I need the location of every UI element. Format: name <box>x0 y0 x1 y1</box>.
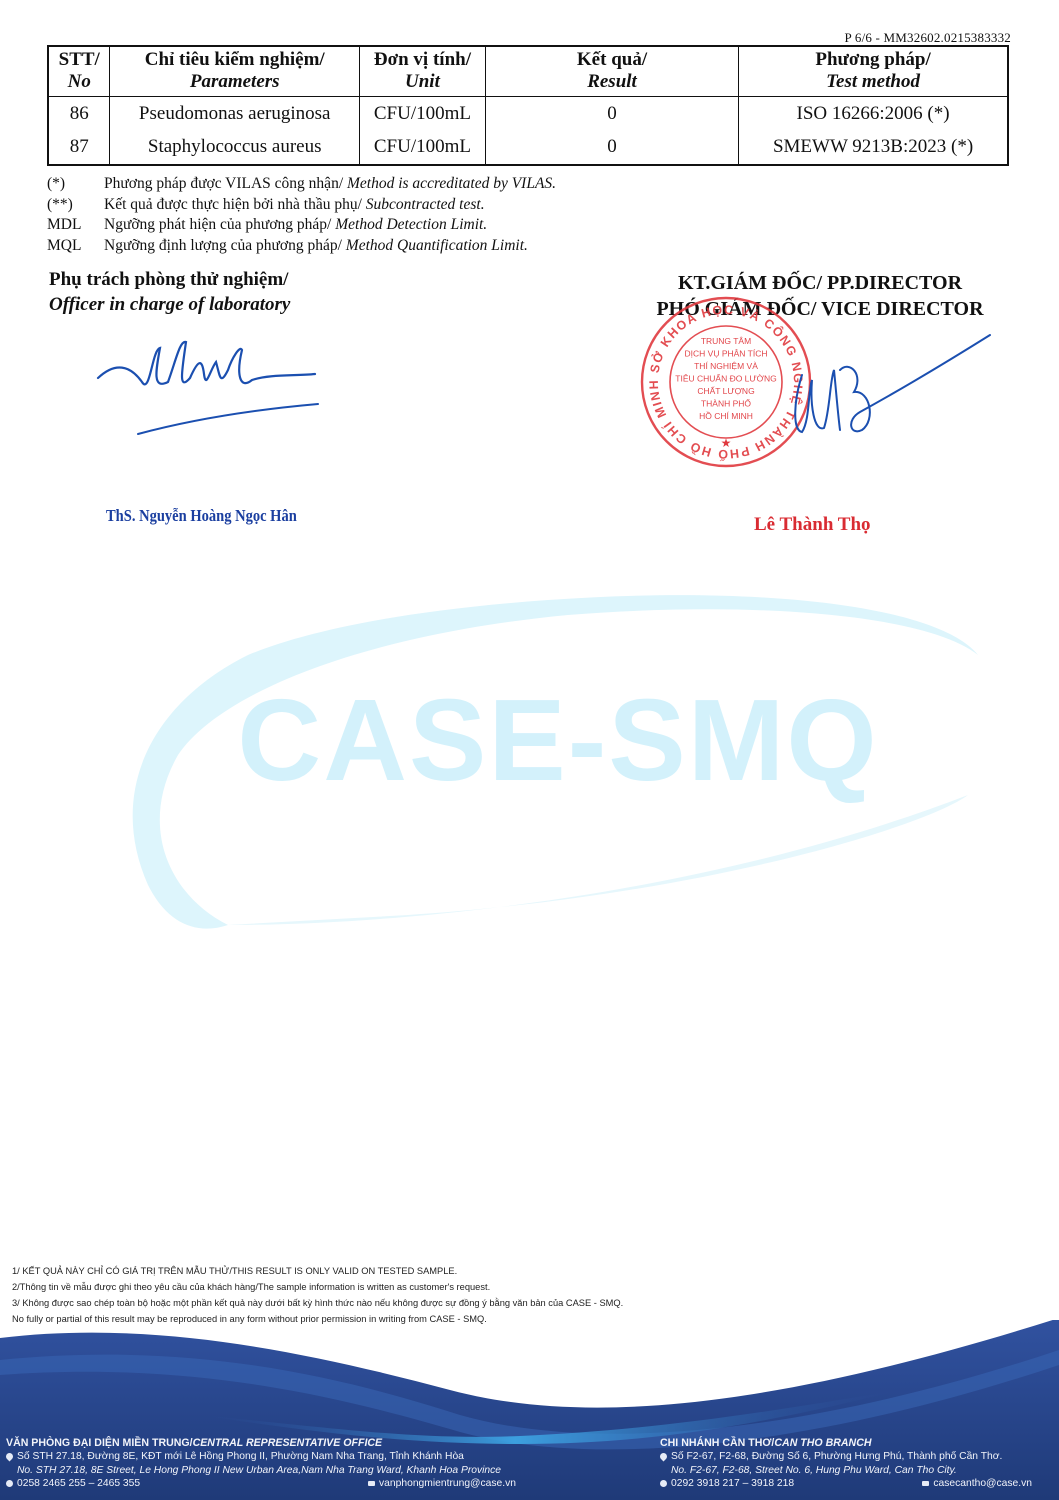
disclaimers: 1/ KẾT QUẢ NÀY CHỈ CÓ GIÁ TRỊ TRÊN MẪU T… <box>12 1263 623 1327</box>
note-en: Subcontracted test. <box>366 196 485 213</box>
phone-text: 0292 3918 217 – 3918 218 <box>671 1478 794 1489</box>
header-unit-en: Unit <box>364 71 481 93</box>
table-notes: (*)Phương pháp được VILAS công nhận/ Met… <box>47 174 556 256</box>
disclaimer-line: 3/ Không được sao chép toàn bộ hoặc một … <box>12 1295 623 1311</box>
lab-officer-title-en: Officer in charge of laboratory <box>49 292 290 317</box>
note-key: MQL <box>47 236 104 257</box>
branch-contacts: 0292 3918 217 – 3918 218 casecantho@case… <box>660 1477 1032 1490</box>
case-smq-watermark: CASE-SMQ <box>108 595 988 935</box>
stamp-center-line: CHẤT LƯỢNG <box>697 386 754 396</box>
branch-email[interactable]: casecantho@case.vn <box>922 1477 1032 1490</box>
header-no: STT/No <box>48 46 110 97</box>
address-vi-text: Số STH 27.18, Đường 8E, KĐT mới Lê Hồng … <box>17 1451 464 1462</box>
cell-no: 87 <box>48 131 110 165</box>
table-row: 87 Staphylococcus aureus CFU/100mL 0 SME… <box>48 131 1008 165</box>
branch-address-en: No. F2-67, F2-68, Street No. 6, Hung Phu… <box>660 1464 1032 1477</box>
header-no-vi: STT/ <box>59 49 100 70</box>
lab-officer-title: Phụ trách phòng thử nghiệm/ Officer in c… <box>49 267 290 317</box>
note-text: Ngưỡng định lượng của phương pháp/ Metho… <box>104 236 528 257</box>
cell-method: SMEWW 9213B:2023 (*) <box>739 131 1008 165</box>
header-unit: Đơn vị tính/Unit <box>359 46 485 97</box>
director-signature <box>780 320 1000 450</box>
note-text: Ngưỡng phát hiện của phương pháp/ Method… <box>104 215 487 236</box>
branch-title-en: CAN THO BRANCH <box>774 1437 871 1449</box>
note-key: (*) <box>47 174 104 195</box>
stamp-center-text: TRUNG TÂMDỊCH VỤ PHÂN TÍCHTHÍ NGHIỆM VÀT… <box>675 336 776 421</box>
cell-parameter: Staphylococcus aureus <box>110 131 360 165</box>
stamp-star-icon: ★ <box>721 436 732 450</box>
lab-officer-signature <box>90 330 330 450</box>
stamp-center-line: THÍ NGHIỆM VÀ <box>694 361 758 371</box>
central-office-info: VĂN PHÒNG ĐẠI DIỆN MIỀN TRUNG/CENTRAL RE… <box>6 1437 516 1490</box>
lab-officer-name: ThS. Nguyễn Hoàng Ngọc Hân <box>106 506 297 526</box>
note-key: (**) <box>47 195 104 216</box>
note-subcontracted: (**) Kết quả được thực hiện bởi nhà thầu… <box>47 195 556 216</box>
header-parameters: Chỉ tiêu kiểm nghiệm/Parameters <box>110 46 360 97</box>
cell-no: 86 <box>48 97 110 131</box>
note-en: Method Detection Limit. <box>335 216 487 233</box>
email-text[interactable]: casecantho@case.vn <box>933 1478 1032 1489</box>
header-result-en: Result <box>490 71 734 93</box>
disclaimer-line: 1/ KẾT QUẢ NÀY CHỈ CÓ GIÁ TRỊ TRÊN MẪU T… <box>12 1263 623 1279</box>
stamp-center-line: THÀNH PHỐ <box>701 398 751 409</box>
results-table: STT/No Chỉ tiêu kiểm nghiệm/Parameters Đ… <box>47 45 1009 166</box>
director-name: Lê Thành Thọ <box>754 514 871 536</box>
table-row: 86 Pseudomonas aeruginosa CFU/100mL 0 IS… <box>48 97 1008 131</box>
note-mdl: MDLNgưỡng phát hiện của phương pháp/ Met… <box>47 215 556 236</box>
note-vi: Phương pháp được VILAS công nhận/ <box>104 175 347 192</box>
page-reference: P 6/6 - MM32602.0215383332 <box>844 30 1011 46</box>
location-pin-icon <box>659 1452 669 1462</box>
location-pin-icon <box>5 1452 15 1462</box>
watermark-text: CASE-SMQ <box>237 675 878 805</box>
header-result: Kết quả/Result <box>485 46 738 97</box>
note-vi: Kết quả được thực hiện bởi nhà thầu phụ/ <box>104 196 366 213</box>
header-result-vi: Kết quả/ <box>577 49 647 70</box>
cell-unit: CFU/100mL <box>359 97 485 131</box>
header-test-method: Phương pháp/Test method <box>739 46 1008 97</box>
central-office-title-vi: VĂN PHÒNG ĐẠI DIỆN MIỀN TRUNG/ <box>6 1437 193 1449</box>
header-unit-vi: Đơn vị tính/ <box>374 49 471 70</box>
header-method-vi: Phương pháp/ <box>815 49 930 70</box>
note-vi: Ngưỡng định lượng của phương pháp/ <box>104 237 346 254</box>
branch-address-vi: Số F2-67, F2-68, Đường Số 6, Phường Hưng… <box>660 1450 1032 1463</box>
cell-unit: CFU/100mL <box>359 131 485 165</box>
cell-result: 0 <box>485 97 738 131</box>
central-office-title: VĂN PHÒNG ĐẠI DIỆN MIỀN TRUNG/CENTRAL RE… <box>6 1437 516 1450</box>
note-key: MDL <box>47 215 104 236</box>
note-accredited: (*)Phương pháp được VILAS công nhận/ Met… <box>47 174 556 195</box>
disclaimer-line: 2/Thông tin về mẫu được ghi theo yêu cầu… <box>12 1279 623 1295</box>
lab-officer-title-vi: Phụ trách phòng thử nghiệm/ <box>49 269 288 290</box>
can-tho-branch-info: CHI NHÁNH CẦN THƠ/CAN THO BRANCH Số F2-6… <box>660 1437 1032 1490</box>
stamp-center-line: DỊCH VỤ PHÂN TÍCH <box>685 349 768 359</box>
branch-title-vi: CHI NHÁNH CẦN THƠ/ <box>660 1437 774 1449</box>
branch-title: CHI NHÁNH CẦN THƠ/CAN THO BRANCH <box>660 1437 1032 1450</box>
central-office-address-en: No. STH 27.18, 8E Street, Le Hong Phong … <box>6 1464 516 1477</box>
phone-icon <box>660 1480 667 1487</box>
table-header-row: STT/No Chỉ tiêu kiểm nghiệm/Parameters Đ… <box>48 46 1008 97</box>
stamp-center-line: TIÊU CHUẨN ĐO LƯỜNG <box>675 373 776 384</box>
note-mql: MQLNgưỡng định lượng của phương pháp/ Me… <box>47 236 556 257</box>
phone-icon <box>6 1480 13 1487</box>
central-office-title-en: CENTRAL REPRESENTATIVE OFFICE <box>193 1437 383 1449</box>
email-text[interactable]: vanphongmientrung@case.vn <box>379 1478 516 1489</box>
central-office-contacts: 0258 2465 255 – 2465 355 vanphongmientru… <box>6 1477 516 1490</box>
central-office-address-vi: Số STH 27.18, Đường 8E, KĐT mới Lê Hồng … <box>6 1450 516 1463</box>
note-text: Phương pháp được VILAS công nhận/ Method… <box>104 174 556 195</box>
cell-parameter: Pseudomonas aeruginosa <box>110 97 360 131</box>
stamp-center-line: TRUNG TÂM <box>701 336 751 346</box>
stamp-center-line: HỒ CHÍ MINH <box>699 410 753 421</box>
note-text: Kết quả được thực hiện bởi nhà thầu phụ/… <box>104 195 485 216</box>
central-office-phone: 0258 2465 255 – 2465 355 <box>6 1477 140 1490</box>
branch-phone: 0292 3918 217 – 3918 218 <box>660 1477 794 1490</box>
header-parameters-en: Parameters <box>114 71 355 93</box>
header-method-en: Test method <box>743 71 1003 93</box>
cell-result: 0 <box>485 131 738 165</box>
email-icon <box>368 1481 375 1486</box>
cell-method: ISO 16266:2006 (*) <box>739 97 1008 131</box>
header-no-en: No <box>53 71 105 93</box>
central-office-email[interactable]: vanphongmientrung@case.vn <box>368 1477 516 1490</box>
address-vi-text: Số F2-67, F2-68, Đường Số 6, Phường Hưng… <box>671 1451 1002 1462</box>
note-vi: Ngưỡng phát hiện của phương pháp/ <box>104 216 335 233</box>
phone-text: 0258 2465 255 – 2465 355 <box>17 1478 140 1489</box>
header-parameters-vi: Chỉ tiêu kiểm nghiệm/ <box>145 49 325 70</box>
note-en: Method Quantification Limit. <box>346 237 528 254</box>
note-en: Method is accreditated by VILAS. <box>347 175 556 192</box>
email-icon <box>922 1481 929 1486</box>
